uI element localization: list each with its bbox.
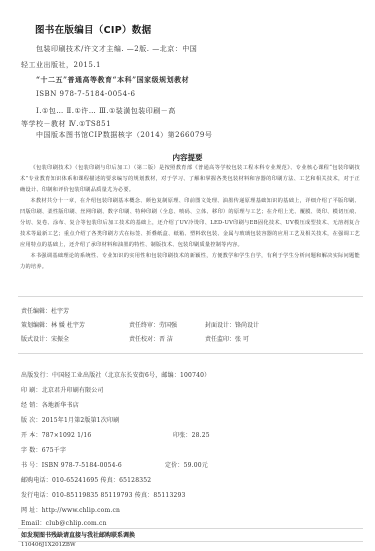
distributor: 经 销：各地新华书店 xyxy=(21,400,79,409)
price: 定价：59.00元 xyxy=(165,460,208,469)
planning-editor: 策划编辑：林 媛 杜宇芳 xyxy=(21,320,85,329)
divider xyxy=(18,296,363,297)
cover-designer: 封面设计：锋尚设计 xyxy=(205,320,259,329)
summary-paragraph: 本书强调基础理论的系统性、专业知识的实用性和包装印刷技术的新颖性，方便教学和学生… xyxy=(20,251,360,273)
print-code: 110406J1X201ZBW xyxy=(21,542,76,548)
cip-line: 包装印刷技术/许文才主编. —2版. —北京：中国 xyxy=(36,44,197,54)
final-reviewer: 责任终审：劳国强 xyxy=(129,320,177,329)
cip-line: ISBN 978-7-5184-0054-6 xyxy=(36,90,135,98)
cip-title: 图书在版编目（CIP）数据 xyxy=(35,22,151,36)
format: 开 本：787×1092 1/16 xyxy=(21,430,91,439)
printer: 印 刷：北京君升印刷有限公司 xyxy=(21,385,104,394)
publisher: 出版发行：中国轻工业出版社（北京东长安街6号，邮编：100740） xyxy=(21,370,210,379)
mail-order-phone: 邮购电话：010-65241695 传真：65128352 xyxy=(21,475,151,484)
word-count: 字 数：675千字 xyxy=(21,445,66,454)
divider xyxy=(18,353,363,354)
print-supervisor: 责任监印：张 可 xyxy=(205,334,249,343)
summary-title: 内容提要 xyxy=(0,152,375,163)
summary-paragraph: 本教材共分十一章，在介绍包装印刷基本概念、颜色复制原理、印前图文处理、油墨传递原… xyxy=(20,196,360,251)
cip-line: 等学校－教材 Ⅳ.①TS851 xyxy=(21,119,111,129)
cip-line: Ⅰ.①包… Ⅱ.①许… Ⅲ.①装潢包装印刷－高 xyxy=(36,106,176,116)
cip-line: 轻工业出版社，2015.1 xyxy=(21,60,101,70)
proofreader: 责任校对：晋 洁 xyxy=(129,334,173,343)
print-sheets: 印张：28.25 xyxy=(173,430,210,439)
website: 网 址：http://www.chlip.com.cn xyxy=(21,505,120,514)
layout-designer: 版式设计：宋振全 xyxy=(21,334,69,343)
responsible-editor: 责任编辑：杜宇芳 xyxy=(21,306,69,315)
email: Email：club@chlip.com.cn xyxy=(21,518,107,527)
cip-line: “十二五”普通高等教育“本科”国家级规划教材 xyxy=(36,75,189,85)
cip-record-number: 中国版本图书馆CIP数据核字（2014）第266079号 xyxy=(36,130,212,140)
sales-phone: 发行电话：010-85119835 85119793 传真：85113293 xyxy=(21,490,186,499)
defect-notice: 如发现图书残缺请直接与我社邮购联系调换 xyxy=(21,530,135,539)
summary-body: 《包装印刷技术》（包装印刷与印后加工）（第二版）是按照教育部《普通高等学校包装工… xyxy=(20,163,360,273)
summary-paragraph: 《包装印刷技术》（包装印刷与印后加工）（第二版）是按照教育部《普通高等学校包装工… xyxy=(20,163,360,196)
edition: 版 次：2015年1月第2版第1次印刷 xyxy=(21,415,119,424)
isbn: 书 号：ISBN 978-7-5184-0054-6 xyxy=(21,460,122,469)
divider xyxy=(18,528,363,529)
